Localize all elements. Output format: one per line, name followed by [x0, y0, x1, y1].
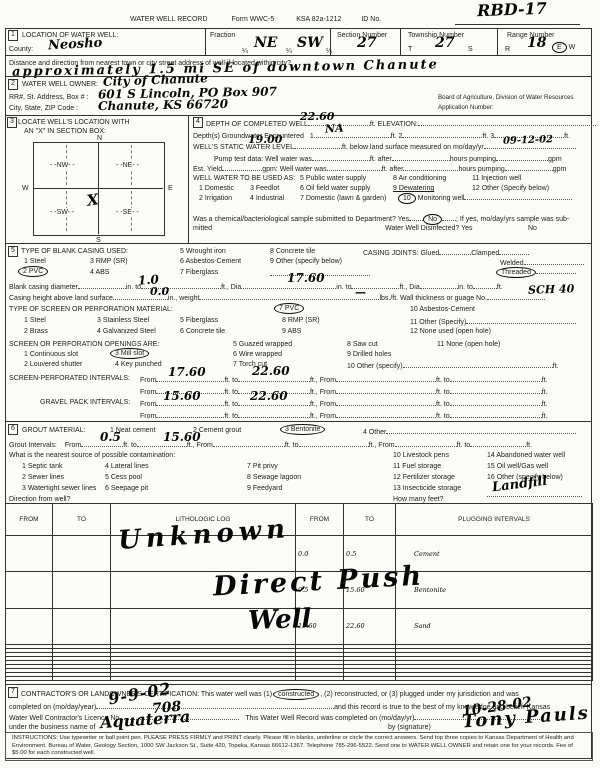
s5-m9: 9 ABS — [282, 327, 301, 336]
s5-ftdia-1: ft., Dia — [221, 283, 241, 292]
section-5-number: 5 — [8, 246, 18, 257]
s5-title: TYPE OF BLANK CASING USED: — [21, 247, 128, 256]
s4-sample-question: Was a chemical/bacteriological sample su… — [193, 215, 409, 224]
dotted-blank — [336, 410, 436, 418]
s1-quarter-1: ¼ — [242, 47, 248, 56]
s5-o11: 11 None (open hole) — [437, 340, 500, 349]
s4-yield-hours: hours pumping — [458, 165, 504, 174]
s5-o10-ft: ft. — [553, 362, 559, 371]
s6-gi-ftto3: ft. to — [457, 441, 471, 450]
spi-from-handwritten: 17.60 — [168, 366, 206, 378]
grout-to-handwritten: 15.60 — [163, 431, 201, 443]
dotted-blank — [450, 410, 542, 418]
id-number-handwritten: RBD-17 — [477, 1, 547, 19]
s6-n8: 8 Sewage lagoon — [247, 473, 301, 482]
dotted-blank — [442, 213, 456, 221]
s5-o3-label: Mill slot — [121, 349, 144, 358]
township-value-handwritten: 27 — [435, 36, 454, 50]
dotted-blank — [336, 386, 436, 394]
s4-use-2: 2 Irrigation — [199, 194, 232, 203]
s5-casing-1: 1 Steel — [24, 257, 46, 266]
s5-spi-label: SCREEN-PERFORATED INTERVALS: — [9, 374, 130, 383]
s6-n12: 12 Fertilizer storage — [393, 473, 455, 482]
s5-casing-5: 5 Wrought iron — [180, 247, 226, 256]
quadrant-se-label: - -SE- - — [116, 208, 139, 217]
s4-gw-ft2: ft. 2 — [391, 132, 403, 141]
mill-slot-circled: 3 Mill slot — [110, 348, 149, 359]
s4-use-10-line: 10Monitoring well — [398, 192, 572, 204]
s5-m8: 8 RMP (SR) — [282, 316, 320, 325]
id-underline — [455, 24, 580, 25]
s5-spi2-ftto2: ft. to — [436, 388, 450, 397]
s5-gpi2-from: From — [140, 412, 156, 421]
s5-gpi-ftfrom: ft., From — [310, 400, 336, 409]
dotted-blank — [499, 247, 529, 255]
constructed-circled: constructed — [273, 689, 319, 700]
s4-sample-line: Was a chemical/bacteriological sample su… — [193, 213, 569, 225]
s5-m4: 4 Galvanized Steel — [97, 327, 156, 336]
s5-height-line: Casing height above land surfacein., wei… — [9, 292, 545, 303]
log-header-to1: TO — [53, 504, 111, 536]
s7-cert-2: , (2) reconstructed, or (3) plugged unde… — [320, 690, 518, 699]
s4-elevation-label: ft. ELEVATION: — [370, 120, 418, 129]
s3-s4-divider — [188, 115, 189, 243]
s1-s-label: S — [468, 45, 473, 54]
s4-yield-line: Est. Yieldgpm: Well water wasft. afterho… — [193, 163, 566, 174]
dotted-blank — [439, 247, 471, 255]
s5-gpi-ft: ft. — [542, 400, 548, 409]
threaded-circled: Threaded — [496, 267, 536, 278]
grout-from-handwritten: 0.5 — [100, 431, 121, 443]
dotted-blank — [403, 360, 553, 368]
s6-gi-ftto: ft. to — [123, 441, 137, 450]
s6-n6: 6 Seepage pit — [105, 484, 148, 493]
s5-gpi-label: GRAVEL PACK INTERVALS: — [40, 398, 130, 407]
s4-yield-gpm2: gpm — [553, 165, 567, 174]
s6-n14: 14 Abandoned water well — [487, 451, 565, 460]
compass-e-label: E — [168, 184, 173, 193]
s5-casing-9: 9 Other (specify below) — [270, 257, 342, 266]
s5-m7-num: 7 — [279, 304, 283, 313]
s5-weight-label: in., weight — [168, 294, 200, 303]
s4-yield-gpm-label: gpm: Well water was — [262, 165, 326, 174]
s4-sample-ifyes: ; If yes, mo/day/yrs sample was sub- — [456, 215, 569, 224]
s5-gpi-ftto2: ft. to — [436, 400, 450, 409]
s6-gi-label: Grout Intervals: — [9, 441, 57, 450]
s4-use-5: 5 Public water supply — [300, 174, 366, 183]
s5-o10-line: 10 Other (specify)ft. — [347, 360, 558, 371]
dotted-blank — [386, 426, 576, 434]
form-id-label: ID No. — [361, 15, 381, 24]
s5-spi-ftto: ft. to — [224, 376, 238, 385]
s7-business-label: under the business name of — [9, 723, 95, 732]
fraction-1-handwritten: NE — [254, 36, 277, 50]
wall-thickness-handwritten: SCH 40 — [528, 283, 575, 296]
s6-n9: 9 Feedyard — [247, 484, 282, 493]
s7-cert-6: This Water Well Record was completed on … — [245, 714, 414, 723]
static-level-value-handwritten: 19.00 — [248, 134, 282, 145]
s5-screen-material-title: TYPE OF SCREEN OR PERFORATION MATERIAL: — [9, 305, 173, 314]
dotted-blank — [392, 153, 450, 161]
dotted-blank — [78, 281, 126, 289]
spi-to-handwritten: 22.60 — [252, 365, 290, 377]
s6-n11: 11 Fuel storage — [393, 462, 441, 471]
section-3-number: 3 — [7, 117, 17, 128]
s6-n15: 15 Oil well/Gas well — [487, 462, 548, 471]
quadrant-nw-label: - -NW- - — [50, 161, 75, 170]
table-row — [6, 676, 593, 680]
water-well-record-form: WATER WELL RECORD Form WWC-5 KSA 82a-121… — [0, 0, 600, 768]
s5-diameter-line: Blank casing diameterin. toft., Diain. t… — [9, 281, 503, 292]
screen-pvc-circled: 7 PVC — [274, 303, 304, 314]
dotted-blank — [336, 398, 436, 406]
s5-casing-2-label: PVC — [29, 267, 43, 276]
s4-use-1: 1 Domestic — [199, 184, 234, 193]
s5-casing-6: 6 Asbestos-Cement — [180, 257, 241, 266]
s4-disinfected-label: Water Well Disinfected? Yes — [385, 224, 473, 233]
dotted-blank — [156, 410, 224, 418]
s5-casing-4: 4 ABS — [90, 268, 109, 277]
section-number-handwritten: 27 — [357, 36, 376, 50]
casing-pvc-circled: 2 PVC — [18, 266, 48, 277]
dotted-blank — [222, 163, 262, 171]
s6-n3: 3 Watertight sewer lines — [22, 484, 96, 493]
dotted-blank — [524, 257, 584, 265]
s5-ftdia-2: ft., Dia — [399, 283, 419, 292]
dotted-blank — [466, 316, 576, 324]
dotted-blank — [536, 266, 576, 274]
s5-casing-7: 7 Fiberglass — [180, 268, 218, 277]
s1-quarter-2: ¼ — [286, 47, 292, 56]
dotted-blank — [395, 439, 457, 447]
s3-title-1: LOCATE WELL'S LOCATION WITH — [18, 118, 130, 127]
s5-o9: 9 Drilled holes — [347, 350, 391, 359]
s5-spi2-ft: ft. — [542, 388, 548, 397]
s5-m12: 12 None used (open hole) — [410, 327, 491, 336]
s1-t-label: T — [408, 45, 412, 54]
s5-gpi2-ftto: ft. to — [224, 412, 238, 421]
s5-m10: 10 Asbestos-Cement — [410, 305, 475, 314]
s5-m7-label: PVC — [285, 304, 299, 313]
s5-screen-7-line: 7 PVC — [274, 303, 304, 314]
s5-o10-label: 10 Other (specify) — [347, 362, 403, 371]
s4-use-10-label: Monitoring well — [418, 194, 465, 203]
s5-spi2-from: From — [140, 388, 156, 397]
bentonite-circled: 3 Bentonite — [280, 424, 325, 435]
s5-joints-label: CASING JOINTS: Glued — [363, 249, 439, 258]
dotted-blank — [409, 213, 423, 221]
s6-contamination-label: What is the nearest source of possible c… — [9, 451, 175, 460]
s6-g3-label: Bentonite — [291, 425, 321, 434]
s4-gw-ft3: ft. 3 — [482, 132, 494, 141]
dotted-blank — [450, 398, 542, 406]
range-value-handwritten: 18 — [527, 36, 546, 50]
s1-div1 — [205, 28, 206, 55]
plugging-to-3: 22.60 — [344, 608, 396, 644]
dotted-blank — [402, 130, 482, 138]
s2-city-label: City, State, ZIP Code : — [9, 104, 78, 113]
distance-underline — [5, 76, 591, 77]
dotted-blank — [470, 439, 526, 447]
dotted-blank — [299, 439, 369, 447]
s1-r-label: R — [505, 45, 510, 54]
s5-diam-label: Blank casing diameter — [9, 283, 78, 292]
s5-spi2-ftto: ft. to — [224, 388, 238, 397]
use-10-circled: 10 — [398, 193, 416, 204]
s1-div4 — [497, 28, 498, 55]
s4-use-11: 11 Injection well — [472, 174, 521, 183]
s5-gpi-line2: Fromft. toft., Fromft. toft. — [140, 410, 548, 421]
form-title: WATER WELL RECORD — [130, 15, 208, 24]
s6-g4-label: 4 Other — [363, 428, 386, 437]
s5-wall-label: lbs./ft. Wall thickness or guage No. — [379, 294, 487, 303]
s5-o4: 4 Key punched — [115, 360, 162, 369]
s6-title: GROUT MATERIAL: — [22, 426, 86, 435]
dotted-blank — [403, 163, 458, 171]
s5-o3-line: 3 Mill slot — [110, 348, 149, 359]
s4-use-7: 7 Domestic (lawn & garden) — [300, 194, 386, 203]
s3-title-2: AN "X" IN SECTION BOX: — [24, 127, 106, 136]
plugging-material-2: Bentonite — [396, 572, 593, 608]
log-header-from2: FROM — [296, 504, 344, 536]
s5-o6: 6 Wire wrapped — [233, 350, 282, 359]
dotted-blank — [505, 163, 553, 171]
s6-grout-intervals-line: Grout Intervals:Fromft. toft., Fromft. t… — [9, 439, 532, 450]
dotted-blank — [336, 374, 436, 382]
quadrant-ne-label: - -NE- - — [116, 161, 139, 170]
gpi-from-handwritten: 15.60 — [163, 390, 201, 402]
s6-gi-from: From — [65, 441, 81, 450]
s5-m1: 1 Steel — [24, 316, 46, 325]
s6-gi-ftto2: ft. to — [285, 441, 299, 450]
s5-height-label: Casing height above land surface — [9, 294, 113, 303]
dotted-blank — [450, 374, 542, 382]
s2-address-label: RR#, St. Address, Box # : — [9, 93, 88, 102]
s1-county-label: County: — [9, 45, 33, 54]
s5-gpi2-ft: ft. — [542, 412, 548, 421]
section-box-horizontal-axis — [33, 188, 163, 189]
s6-n4: 4 Lateral lines — [105, 462, 149, 471]
plugging-material-3: Sand — [396, 608, 593, 644]
s5-bottom-line — [5, 421, 591, 422]
s5-gpi2-ftfrom: ft., From — [310, 412, 336, 421]
dotted-blank — [464, 192, 572, 200]
dotted-blank — [312, 153, 370, 161]
s4-bottom-line — [5, 243, 591, 244]
s5-o8: 8 Saw cut — [347, 340, 378, 349]
s5-spi-ftfrom: ft., From — [310, 376, 336, 385]
log-header-row: FROM TO LITHOLOGIC LOG FROM TO PLUGGING … — [6, 504, 593, 536]
s4-use-3: 3 Feedlot — [250, 184, 279, 193]
s6-grout-4-line: 4 Other — [363, 426, 576, 437]
s5-m3: 3 Stainless Steel — [97, 316, 149, 325]
s4-use-title: WELL WATER TO BE USED AS: — [193, 174, 295, 183]
s6-n5: 5 Cess pool — [105, 473, 142, 482]
log-header-to2: TO — [344, 504, 396, 536]
log-header-plugging: PLUGGING INTERVALS — [396, 504, 593, 536]
well-location-x-mark: X — [86, 192, 100, 208]
s6-gi-ft: ft. — [526, 441, 532, 450]
s5-o2: 2 Louvered shutter — [24, 360, 82, 369]
s6-n7: 7 Pit privy — [247, 462, 278, 471]
casing-height-handwritten: 0.0 — [150, 286, 169, 297]
s6-n1: 1 Septic tank — [22, 462, 62, 471]
s5-into-3: in. to — [458, 283, 473, 292]
s5-gpi2-ftto2: ft. to — [436, 412, 450, 421]
s6-n13: 13 Insecticide storage — [393, 484, 461, 493]
s6-n10: 10 Livestock pens — [393, 451, 449, 460]
dotted-blank — [199, 292, 379, 300]
s4-use-6: 6 Oil field water supply — [300, 184, 370, 193]
county-value-handwritten: Neosho — [48, 37, 103, 53]
quadrant-sw-label: - -SW- - — [50, 208, 74, 217]
s5-casing-2-line: 2 PVC — [18, 266, 48, 277]
s5-o1: 1 Continuous slot — [24, 350, 78, 359]
range-east-circled: E — [552, 42, 567, 53]
section-6-number: 6 — [8, 424, 18, 435]
lithologic-note-well: Well — [248, 606, 312, 634]
s7-cert-3: completed on (mo/day/year) — [9, 703, 96, 712]
s5-spi2-ftfrom: ft., From — [310, 388, 336, 397]
section-box — [33, 142, 165, 236]
fraction-2-handwritten: SW — [297, 36, 323, 50]
s5-threaded-line: Threaded — [496, 266, 576, 278]
s6-gi-ftfrom2: ft., From — [369, 441, 395, 450]
s4-depth-line: DEPTH OF COMPLETED WELLft. ELEVATION: — [206, 118, 596, 129]
s5-spi-ftto2: ft. to — [436, 376, 450, 385]
s5-gpi-from: From — [140, 400, 156, 409]
s7-signature-label: by (signature) — [388, 723, 431, 732]
owner-city-handwritten: Chanute, KS 66720 — [98, 98, 228, 112]
log-header-from1: FROM — [6, 504, 53, 536]
s4-disinfected-no: No — [528, 224, 537, 233]
s6-n2: 2 Sewer lines — [22, 473, 64, 482]
s7-cert-line1: CONTRACTOR'S OR LANDOWNER'S CERTIFICATIO… — [21, 689, 519, 700]
s4-yield-label: Est. Yield — [193, 165, 222, 174]
s2-title: WATER WELL OWNER: — [22, 80, 98, 89]
s2-application-label: Application Number: — [438, 103, 494, 112]
depth-value-handwritten: 22.60 — [300, 111, 334, 122]
s5-spi-ft: ft. — [542, 376, 548, 385]
section-7-number: 7 — [8, 687, 18, 698]
s1-bottom-line — [5, 55, 591, 56]
section-1-number: 1 — [8, 30, 18, 41]
s1-quarter-3: ¼ — [326, 47, 332, 56]
s1-div3 — [400, 28, 401, 55]
dotted-blank — [450, 386, 542, 394]
form-ksa: KSA 82a-1212 — [296, 15, 341, 24]
s5-casing-3: 3 RMP (SR) — [90, 257, 128, 266]
s5-m5: 5 Fiberglass — [180, 316, 218, 325]
plugging-material-1: Cement — [396, 536, 593, 572]
s7-top-line — [5, 684, 591, 685]
s4-swl-after: ft. below land surface measured on mo/da… — [342, 143, 484, 152]
form-number: Form WWC-5 — [231, 15, 274, 24]
dotted-blank — [213, 439, 285, 447]
s5-into-2: in. to — [336, 283, 351, 292]
s5-casing-2-num: 2 — [23, 267, 27, 276]
s6-g3-num: 3 — [285, 425, 289, 434]
compass-w-label: W — [22, 184, 29, 193]
s5-m6: 6 Concrete tile — [180, 327, 225, 336]
dotted-blank — [418, 118, 596, 126]
s5-ft-end: ft. — [497, 283, 503, 292]
s1-fraction-label: Fraction — [210, 31, 235, 40]
s1-w-label: W — [569, 43, 576, 52]
s5-clamped-label: Clamped — [471, 249, 499, 258]
dotted-blank — [420, 281, 458, 289]
s5-gpi-line1: Fromft. toft., Fromft. toft. — [140, 398, 548, 409]
dotted-blank — [496, 153, 548, 161]
s5-o5: 5 Guazed wrapped — [233, 340, 292, 349]
section-2-number: 2 — [8, 79, 18, 90]
form-header: WATER WELL RECORD Form WWC-5 KSA 82a-121… — [130, 15, 381, 24]
instructions-text: INSTRUCTIONS: Use typewriter or ball poi… — [5, 732, 593, 761]
s2-bottom-line — [5, 115, 591, 116]
s4-sample-mitted: mitted — [193, 224, 212, 233]
casing-depth-handwritten: 17.60 — [287, 272, 325, 284]
s4-gw-ft: ft. — [564, 132, 570, 141]
s5-casing-8: 8 Concrete tile — [270, 247, 315, 256]
s5-m11-line: 11 Other (Specify) — [410, 316, 576, 327]
dotted-blank — [473, 281, 497, 289]
dotted-blank — [238, 410, 310, 418]
dotted-blank — [294, 141, 342, 149]
s5-o3-num: 3 — [115, 349, 119, 358]
s5-spi-from: From — [140, 376, 156, 385]
s5-gpi-ftto: ft. to — [224, 400, 238, 409]
s5-spi-line2: Fromft. toft., Fromft. toft. — [140, 386, 548, 397]
s6-grout-3-line: 3 Bentonite — [280, 424, 325, 435]
groundwater-value-handwritten: NA — [325, 122, 344, 134]
section-4-number: 4 — [193, 117, 203, 128]
s4-yield-after: ft. after — [382, 165, 404, 174]
s5-m2: 2 Brass — [24, 327, 48, 336]
dotted-blank — [327, 163, 382, 171]
s4-depth-label: DEPTH OF COMPLETED WELL — [206, 120, 308, 129]
s4-use-8: 8 Air conditioning — [393, 174, 446, 183]
static-level-date-handwritten: 09-12-02 — [503, 135, 553, 147]
s4-use-4: 4 Industrial — [250, 194, 284, 203]
s5-m11-label: 11 Other (Specify) — [410, 318, 466, 327]
s2-board-label: Board of Agriculture, Division of Water … — [438, 93, 574, 102]
gpi-to-handwritten: 22.60 — [250, 390, 288, 402]
casing-weight-handwritten: — — [355, 287, 366, 298]
